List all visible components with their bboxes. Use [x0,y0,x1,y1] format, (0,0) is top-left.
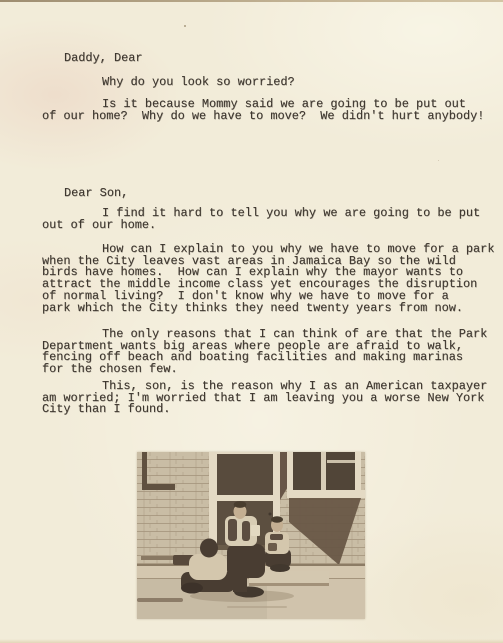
photograph-art [137,452,365,619]
letter-line: Dear Son, [42,188,497,200]
paragraph: The only reasons that I can think of are… [42,329,497,376]
letter-line: Daddy, Dear [42,53,497,65]
paper-speck [438,160,439,161]
letter-line: of our home? Why do we have to move? We … [42,111,497,123]
photograph [137,452,365,619]
salutation-father: Dear Son, [42,188,497,200]
letter-line: City than I found. [42,404,497,416]
salutation-child: Daddy, Dear [42,53,497,65]
scan-edge-top [0,0,503,2]
scanned-letter-page: { "letter": { "lines": [ "Daddy, Dear", … [0,0,503,643]
paragraph: Is it because Mommy said we are going to… [42,99,497,122]
paragraph: I find it hard to tell you why we are go… [42,208,497,231]
paragraph: This, son, is the reason why I as an Ame… [42,381,497,416]
paper-speck [184,25,186,27]
paragraph: Why do you look so worried? [42,77,497,89]
letter-line: Why do you look so worried? [42,77,497,89]
paragraph: How can I explain to you why we have to … [42,244,497,314]
letter-line: for the chosen few. [42,364,497,376]
letter-line: out of our home. [42,220,497,232]
letter-line: park which the City thinks they need twe… [42,303,497,315]
scan-edge-bottom [0,639,503,643]
